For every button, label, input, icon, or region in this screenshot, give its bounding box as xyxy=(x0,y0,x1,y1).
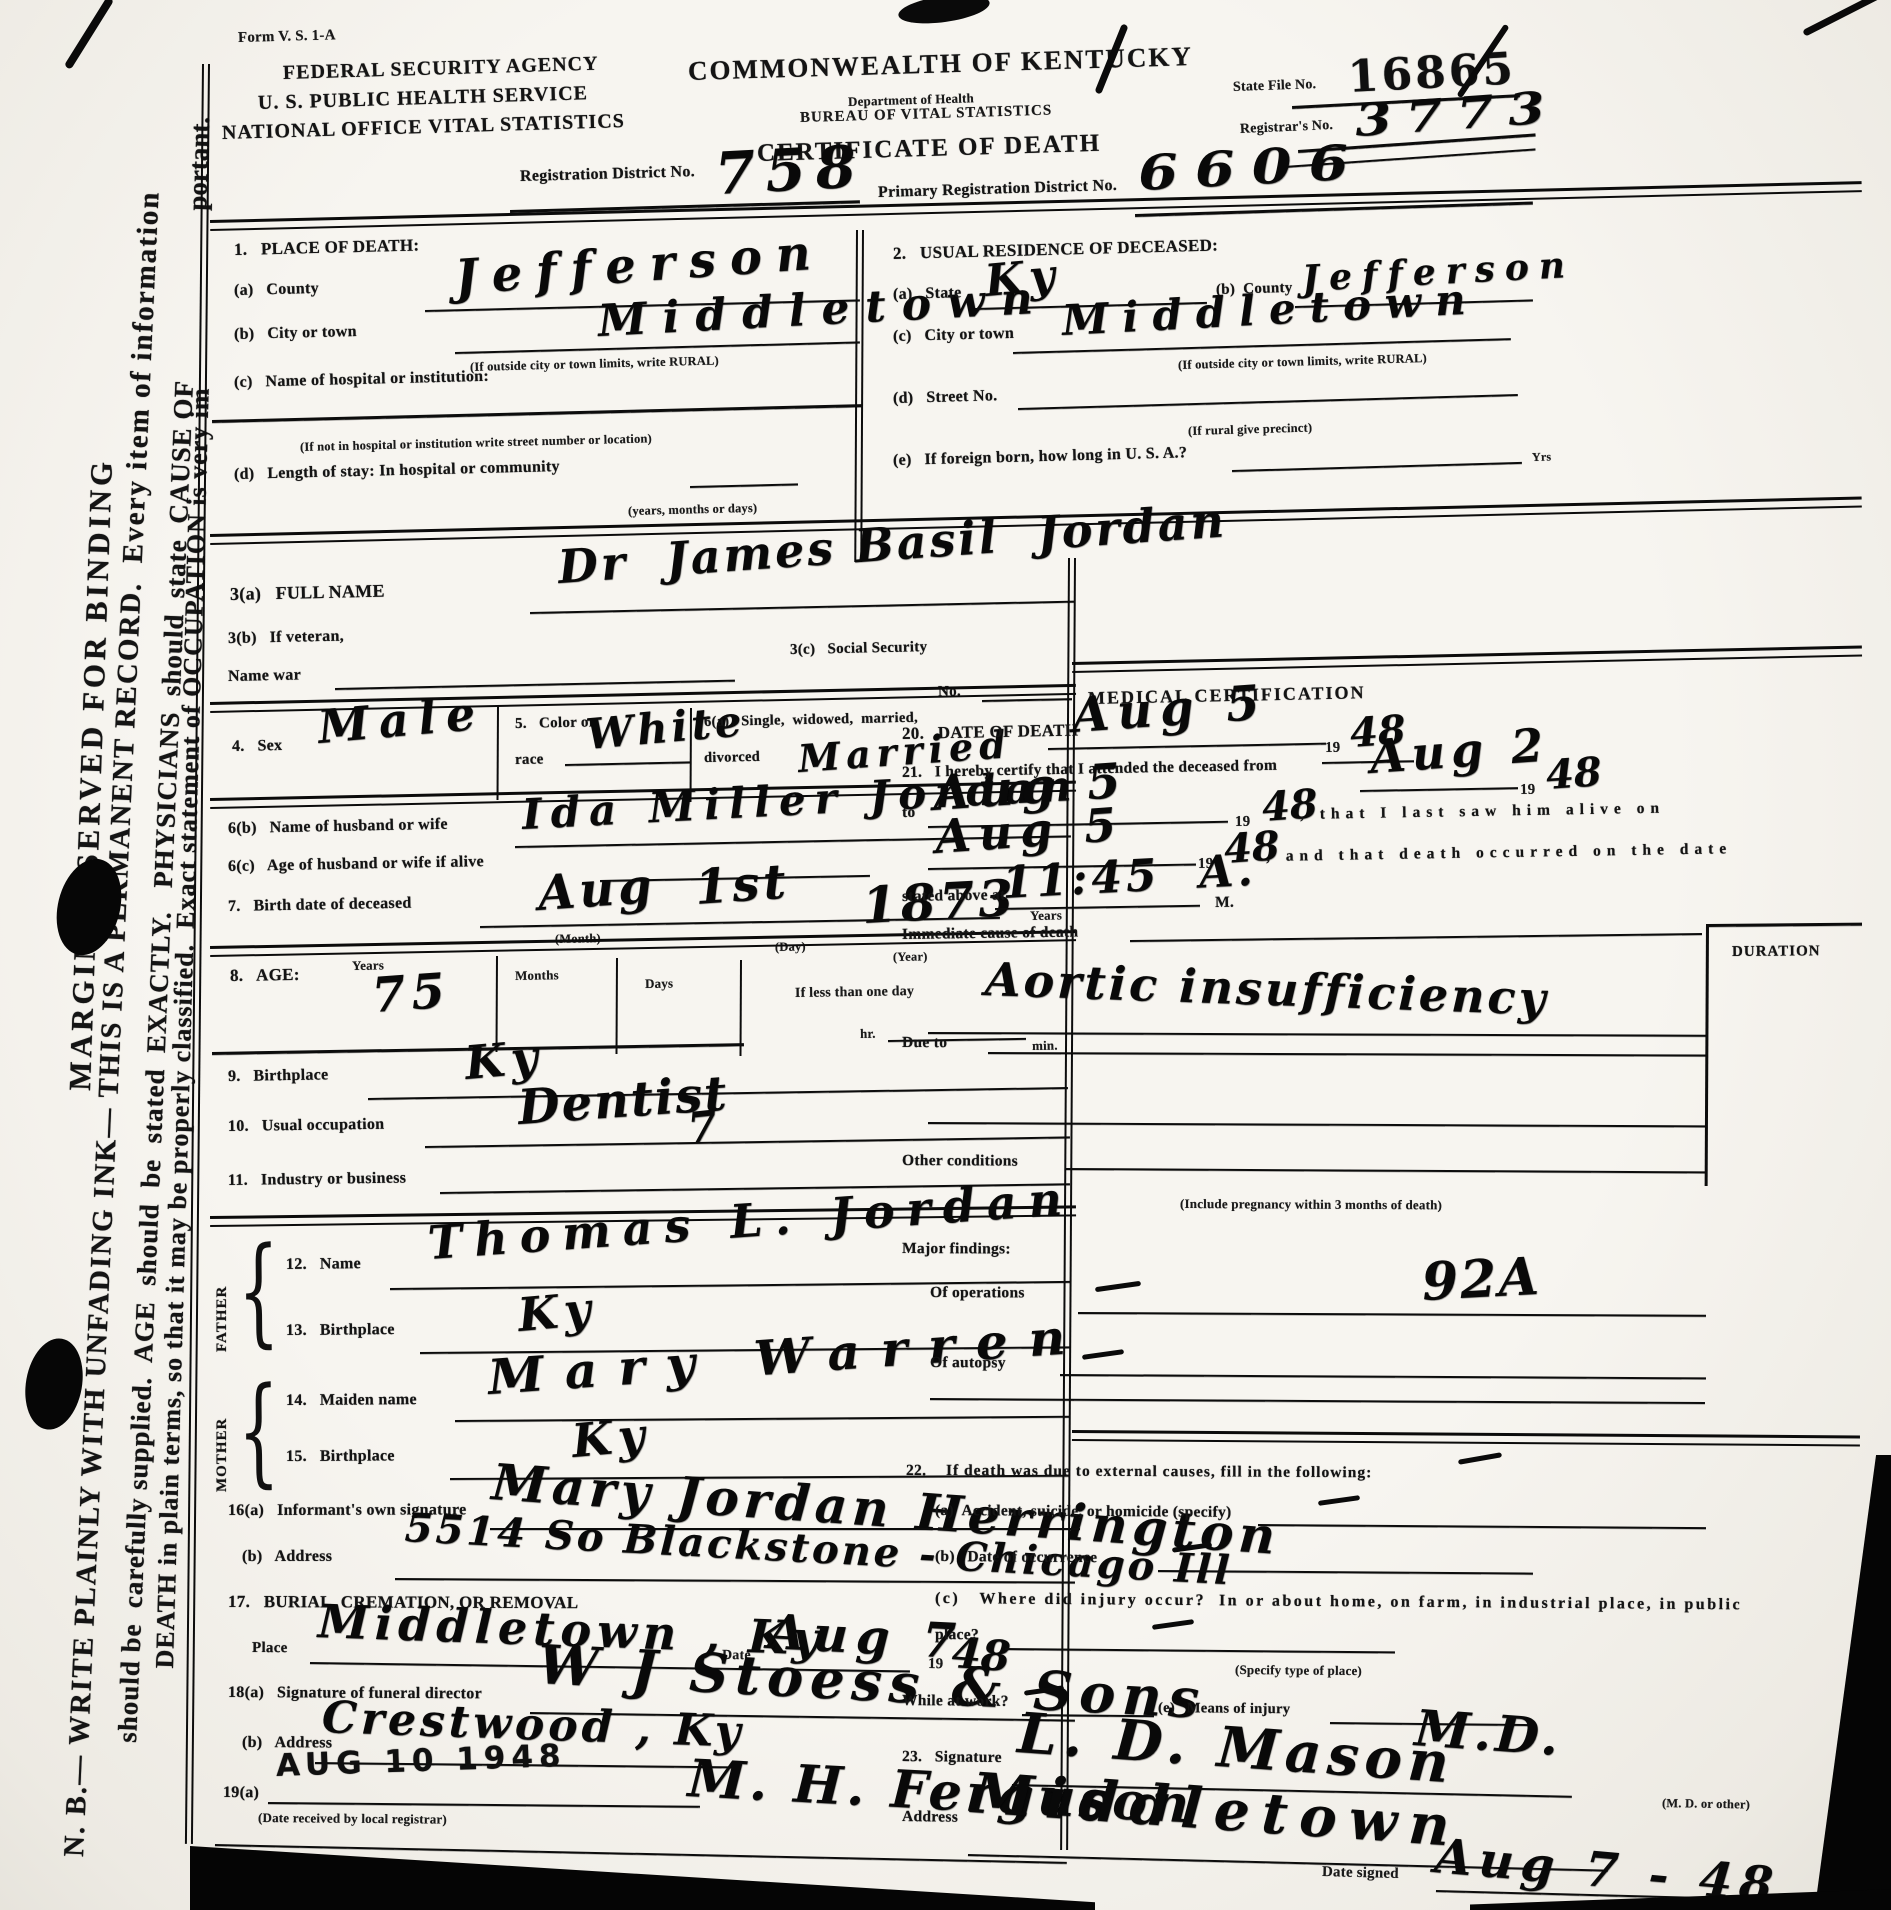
place-city-note: (If outside city or town limits, write R… xyxy=(470,353,719,375)
pen-dash xyxy=(1082,1349,1124,1360)
birth-month-value: Aug xyxy=(536,858,657,922)
other-conditions-note: (Include pregnancy within 3 months of de… xyxy=(1180,1196,1442,1213)
rule xyxy=(425,1136,1070,1148)
cell-divider xyxy=(497,706,499,800)
occupation-label: 10. Usual occupation xyxy=(228,1116,385,1136)
father-side-label: FATHER xyxy=(214,1286,231,1352)
rule xyxy=(1018,394,1518,410)
from-year-printed: 19 xyxy=(1520,782,1536,799)
father-brace: { xyxy=(237,1231,279,1350)
pen-dash xyxy=(1152,1619,1194,1630)
external-item-no: 22. xyxy=(906,1462,926,1480)
birth-day-value: 1st xyxy=(693,853,791,915)
residence-street-note: (If rural give precinct) xyxy=(1188,421,1313,439)
date-of-death-label: 20. DATE OF DEATH xyxy=(902,720,1079,744)
rule xyxy=(212,404,862,423)
cell-divider xyxy=(615,958,618,1054)
death-certificate-scan: N. B.— WRITE PLAINLY WITH UNFADING INK— … xyxy=(0,0,1891,1910)
rule xyxy=(930,1398,1705,1404)
rule xyxy=(1258,1524,1706,1529)
rule xyxy=(1048,743,1326,750)
operations-findings-value: 92A xyxy=(1420,1246,1542,1313)
agency-line-3: NATIONAL OFFICE VITAL STATISTICS xyxy=(222,110,626,145)
reg-district-value: 758 xyxy=(713,132,867,208)
veteran-label: 3(b) If veteran, xyxy=(228,628,344,648)
sex-label: 4. Sex xyxy=(232,737,283,756)
date-of-death-value: Aug 5 xyxy=(1070,674,1269,744)
from-year-value: 48 xyxy=(1544,748,1603,799)
mother-name-label: 14. Maiden name xyxy=(286,1391,417,1410)
occupation-code-mark: 7 xyxy=(685,1101,719,1153)
mother-brace: { xyxy=(237,1371,279,1490)
dod-year-printed: 19 xyxy=(1325,740,1341,757)
rule xyxy=(928,1122,1706,1127)
rule xyxy=(530,601,1075,614)
rule xyxy=(1360,787,1518,792)
external-c-label: (c) Where did injury occur? In or about … xyxy=(935,1590,1742,1614)
external-intro: If death was due to external causes, fil… xyxy=(946,1462,1372,1482)
time-m-label: M. xyxy=(1215,894,1234,912)
physician-signature-note: (M. D. or other) xyxy=(1662,1796,1750,1813)
physician-address-label: Address xyxy=(902,1808,958,1827)
external-c-note: (Specify type of place) xyxy=(1235,1662,1362,1679)
place-city-label: (b) City or town xyxy=(234,323,357,344)
rule xyxy=(982,698,1072,702)
physician-signature-md: M.D. xyxy=(1413,1698,1565,1767)
stated-above-label: stated above at xyxy=(902,886,1006,906)
rule xyxy=(928,1032,1706,1037)
pen-stroke xyxy=(1802,0,1891,37)
residence-street-label: (d) Street No. xyxy=(893,387,998,408)
due-to-label: Due to xyxy=(902,1034,947,1052)
of-autopsy-label: Of autopsy xyxy=(930,1354,1006,1372)
age-less-label: If less than one day xyxy=(795,984,914,1002)
column-divider-top xyxy=(854,230,864,562)
attended-to-label: to xyxy=(902,804,916,822)
age-label: 8. AGE: xyxy=(230,965,300,986)
mother-birthplace-label: 15. Birthplace xyxy=(286,1447,395,1466)
informant-address-label: (b) Address xyxy=(242,1548,332,1566)
place-stay-label: (d) Length of stay: In hospital or commu… xyxy=(234,458,560,484)
residence-city-note: (If outside city or town limits, write R… xyxy=(1178,351,1427,373)
external-section-divider xyxy=(1072,1430,1860,1446)
major-findings-label: Major findings: xyxy=(902,1240,1011,1258)
burial-place-label: Place xyxy=(252,1640,288,1657)
spouse-label: 6(b) Name of husband or wife xyxy=(228,816,448,838)
pen-dash xyxy=(1318,1495,1360,1506)
cell-divider xyxy=(739,960,742,1056)
father-birthplace-label: 13. Birthplace xyxy=(286,1321,395,1340)
veteran-war-label: Name war xyxy=(228,666,301,686)
rule xyxy=(335,680,735,690)
residence-foreign-unit: Yrs xyxy=(1532,449,1552,465)
registrar-received-label: 19(a) xyxy=(223,1784,259,1802)
while-at-work-label: While at work? xyxy=(902,1692,1009,1711)
form-number: Form V. S. 1-A xyxy=(238,27,336,47)
rule xyxy=(565,761,690,766)
birth-years-unit: Years xyxy=(1030,907,1062,924)
pen-stroke xyxy=(64,0,114,70)
of-operations-label: Of operations xyxy=(930,1284,1025,1302)
pen-dash xyxy=(1458,1452,1502,1465)
external-c-label2: place? xyxy=(935,1626,979,1644)
place-county-label: (a) County xyxy=(234,280,319,300)
medical-top-divider xyxy=(1072,645,1862,672)
race-label2: race xyxy=(515,751,544,769)
external-a-label: (a) Accident, suicide, or homicide (spec… xyxy=(935,1502,1232,1522)
age-months-header: Months xyxy=(515,967,559,984)
duration-box-top xyxy=(1708,923,1862,927)
rule xyxy=(268,1802,700,1808)
alive-statement-tail: , and that death occurred on the date xyxy=(1266,840,1733,866)
residence-state-value: Ky xyxy=(983,249,1065,307)
place-hospital-note: (If not in hospital or institution write… xyxy=(300,431,652,455)
birthplace-label: 9. Birthplace xyxy=(228,1066,329,1086)
agency-line-1: FEDERAL SECURITY AGENCY xyxy=(283,53,599,85)
rule xyxy=(1078,1312,1706,1317)
place-of-death-title: 1. PLACE OF DEATH: xyxy=(234,235,420,260)
rule xyxy=(988,1052,1706,1057)
sex-value: Male xyxy=(316,686,488,754)
pen-dash xyxy=(1095,1281,1141,1292)
full-name-label: 3(a) FULL NAME xyxy=(230,581,385,605)
margin-note-line4: portant. xyxy=(182,116,216,211)
registrar-received-note: (Date received by local registrar) xyxy=(258,1810,447,1828)
to-statement-tail: , that I last saw him alive on xyxy=(1300,800,1665,824)
marital-label2: divorced xyxy=(704,749,760,767)
attended-from-value: Aug 2 xyxy=(1368,718,1551,784)
ssn-label: 3(c) Social Security xyxy=(790,639,928,659)
place-stay-note: (years, months or days) xyxy=(628,501,758,519)
residence-city-value: Middletown xyxy=(1061,274,1481,345)
registrar-no-label: Registrar's No. xyxy=(1240,118,1334,138)
reg-district-label: Registration District No. xyxy=(520,163,695,186)
duration-label: DURATION xyxy=(1732,943,1821,961)
age-hr-label: hr. xyxy=(860,1026,876,1042)
birth-date-label: 7. Birth date of deceased xyxy=(228,895,412,916)
external-b-label: (b) Date of occurrence xyxy=(935,1548,1097,1567)
agency-line-2: U. S. PUBLIC HEALTH SERVICE xyxy=(258,82,589,115)
marital-label: 6(a) Single, widowed, married, xyxy=(704,710,918,731)
rule xyxy=(1232,462,1522,472)
scan-edge-shadow xyxy=(1808,1455,1891,1910)
primary-district-label: Primary Registration District No. xyxy=(878,177,1118,202)
residence-foreign-label: (e) If foreign born, how long in U. S. A… xyxy=(893,444,1188,470)
residence-city-label: (c) City or town xyxy=(893,325,1015,346)
bureau-title: BUREAU OF VITAL STATISTICS xyxy=(800,103,1053,127)
father-name-label: 12. Name xyxy=(286,1255,361,1274)
ink-smudge xyxy=(897,0,992,28)
residence-state-label: (a) State xyxy=(893,284,962,304)
birth-year-note: (Year) xyxy=(893,949,928,965)
place-hospital-label: (c) Name of hospital or institution: xyxy=(234,368,489,392)
rule xyxy=(1130,933,1702,942)
industry-label: 11. Industry or business xyxy=(228,1170,406,1190)
state-file-label: State File No. xyxy=(1233,77,1317,96)
rule xyxy=(1060,1374,1706,1379)
father-birthplace-value: Ky xyxy=(516,1281,601,1342)
age-days-header: Days xyxy=(645,976,674,992)
rule xyxy=(690,483,798,488)
other-conditions-label: Other conditions xyxy=(902,1152,1018,1171)
spouse-age-label: 6(c) Age of husband or wife if alive xyxy=(228,853,484,876)
date-signed-label: Date signed xyxy=(1322,1864,1399,1883)
mother-side-label: MOTHER xyxy=(214,1418,231,1492)
scan-edge-shadow xyxy=(190,1832,1095,1910)
primary-district-value: 6606 xyxy=(1137,134,1367,202)
rule xyxy=(1065,1168,1705,1173)
immediate-cause-label: Immediate cause of death xyxy=(902,924,1079,944)
rule xyxy=(455,1416,1070,1422)
age-years-value: 75 xyxy=(370,963,453,1024)
